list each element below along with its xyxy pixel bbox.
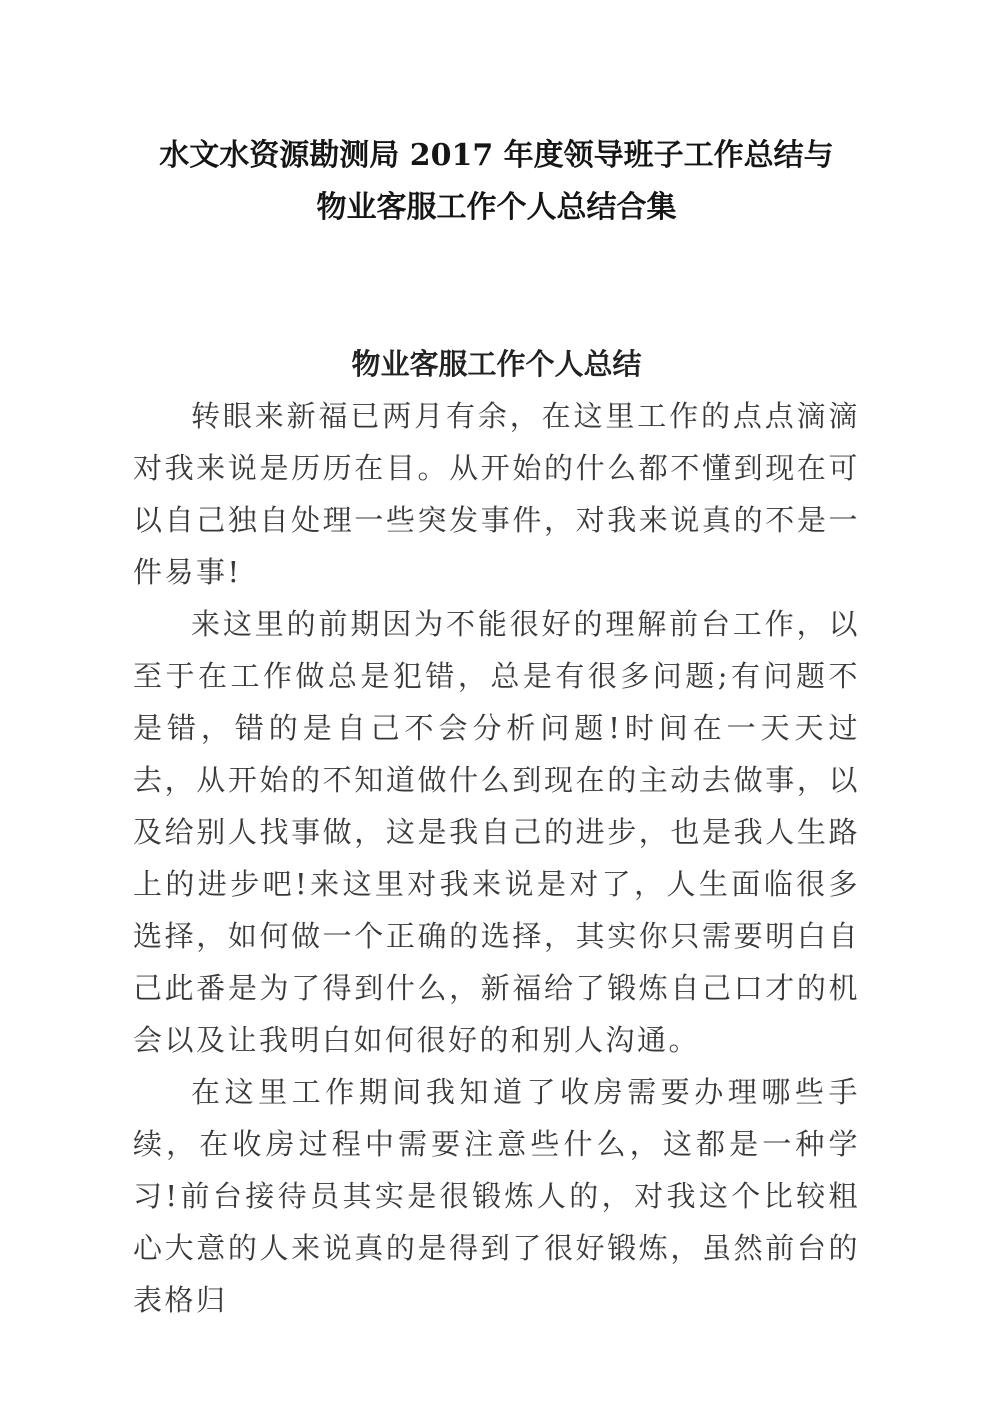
section-heading: 物业客服工作个人总结	[133, 338, 860, 390]
document-title-line-2: 物业客服工作个人总结合集	[133, 182, 860, 234]
document-title: 水文水资源勘测局 2017 年度领导班子工作总结与 物业客服工作个人总结合集	[133, 130, 860, 234]
paragraph: 转眼来新福已两月有余，在这里工作的点点滴滴对我来说是历历在目。从开始的什么都不懂…	[133, 390, 860, 598]
document-title-line-1: 水文水资源勘测局 2017 年度领导班子工作总结与	[133, 130, 860, 182]
paragraph: 在这里工作期间我知道了收房需要办理哪些手续，在收房过程中需要注意些什么，这都是一…	[133, 1066, 860, 1326]
title-heading-gap	[133, 234, 860, 338]
document-content: 水文水资源勘测局 2017 年度领导班子工作总结与 物业客服工作个人总结合集 物…	[133, 130, 860, 1326]
document-page: 水文水资源勘测局 2017 年度领导班子工作总结与 物业客服工作个人总结合集 物…	[0, 0, 993, 1404]
body-paragraphs: 转眼来新福已两月有余，在这里工作的点点滴滴对我来说是历历在目。从开始的什么都不懂…	[133, 390, 860, 1326]
paragraph: 来这里的前期因为不能很好的理解前台工作，以至于在工作做总是犯错，总是有很多问题;…	[133, 598, 860, 1066]
